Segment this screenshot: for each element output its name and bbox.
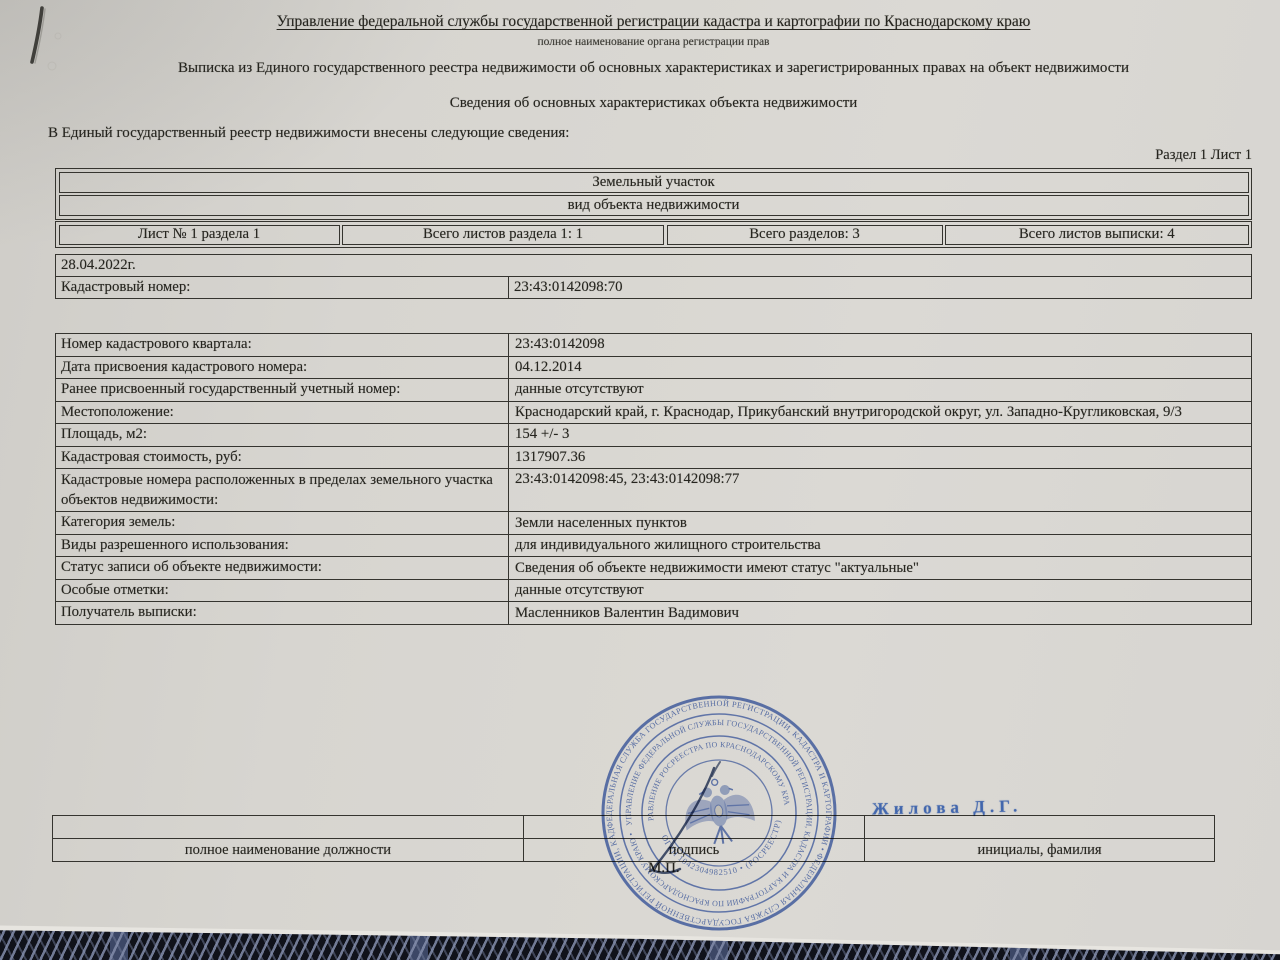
detail-value: 23:43:0142098 — [509, 334, 1251, 356]
section-title: Сведения об основных характеристиках объ… — [55, 95, 1252, 112]
detail-label: Статус записи об объекте недвижимости: — [56, 557, 509, 579]
detail-label: Особые отметки: — [56, 580, 509, 602]
object-type-value: Земельный участок — [59, 172, 1249, 193]
table-row: Получатель выписки:Масленников Валентин … — [56, 601, 1251, 624]
authority-name: Управление федеральной службы государств… — [55, 13, 1252, 31]
table-row: Статус записи об объекте недвижимости:Св… — [56, 556, 1251, 579]
pen-signature-stroke — [600, 740, 800, 900]
detail-label: Ранее присвоенный государственный учетны… — [56, 379, 509, 401]
sheet-info-cell: Всего листов выписки: 4 — [945, 225, 1249, 245]
cadastral-number-label: Кадастровый номер: — [56, 277, 509, 298]
table-row: Местоположение:Краснодарский край, г. Кр… — [56, 401, 1251, 424]
detail-value: для индивидуального жилищного строительс… — [509, 535, 1251, 557]
detail-value: 04.12.2014 — [509, 357, 1251, 379]
sheet-info-cell: Всего листов раздела 1: 1 — [342, 225, 664, 245]
detail-value: Масленников Валентин Вадимович — [509, 602, 1251, 624]
sheet-info-table: Лист № 1 раздела 1 Всего листов раздела … — [55, 221, 1252, 248]
intro-line: В Единый государственный реестр недвижим… — [48, 125, 569, 142]
detail-label: Местоположение: — [56, 402, 509, 424]
object-type-table: Земельный участок вид объекта недвижимос… — [55, 168, 1252, 220]
position-caption: полное наименование должности — [53, 839, 524, 861]
document-photo: Управление федеральной службы государств… — [0, 0, 1280, 960]
detail-label: Категория земель: — [56, 512, 509, 534]
detail-value: данные отсутствуют — [509, 580, 1251, 602]
detail-value: Сведения об объекте недвижимости имеют с… — [509, 557, 1251, 579]
detail-value: данные отсутствуют — [509, 379, 1251, 401]
authority-caption: полное наименование органа регистрации п… — [55, 36, 1252, 48]
detail-label: Кадастровые номера расположенных в преде… — [56, 469, 509, 511]
detail-label: Дата присвоения кадастрового номера: — [56, 357, 509, 379]
table-row: Виды разрешенного использования:для инди… — [56, 534, 1251, 557]
table-row: Ранее присвоенный государственный учетны… — [56, 378, 1251, 401]
table-row: Кадастровая стоимость, руб:1317907.36 — [56, 446, 1251, 469]
section-sheet-label: Раздел 1 Лист 1 — [952, 147, 1252, 164]
table-row: Номер кадастрового квартала:23:43:014209… — [56, 334, 1251, 356]
table-row: Особые отметки:данные отсутствуют — [56, 579, 1251, 602]
document-title: Выписка из Единого государственного реес… — [55, 60, 1252, 77]
name-caption: инициалы, фамилия — [865, 839, 1214, 861]
document-page: Управление федеральной службы государств… — [0, 0, 1280, 960]
cadastral-header-table: 28.04.2022г. Кадастровый номер: 23:43:01… — [55, 254, 1252, 299]
table-row: Категория земель:Земли населенных пункто… — [56, 511, 1251, 534]
cadastral-number-value: 23:43:0142098:70 — [509, 277, 1251, 298]
table-row: Площадь, м2:154 +/- 3 — [56, 423, 1251, 446]
sheet-info-cell: Всего разделов: 3 — [667, 225, 943, 245]
object-type-caption: вид объекта недвижимости — [59, 195, 1249, 216]
detail-value: Земли населенных пунктов — [509, 512, 1251, 534]
detail-value: 154 +/- 3 — [509, 424, 1251, 446]
detail-label: Виды разрешенного использования: — [56, 535, 509, 557]
name-field — [865, 816, 1214, 838]
detail-label: Получатель выписки: — [56, 602, 509, 624]
extract-date: 28.04.2022г. — [56, 255, 136, 276]
position-field — [53, 816, 524, 838]
detail-value: Краснодарский край, г. Краснодар, Прикуб… — [509, 402, 1251, 424]
detail-label: Площадь, м2: — [56, 424, 509, 446]
sheet-info-cell: Лист № 1 раздела 1 — [59, 225, 340, 245]
detail-value: 23:43:0142098:45, 23:43:0142098:77 — [509, 469, 1251, 511]
table-row: Дата присвоения кадастрового номера:04.1… — [56, 356, 1251, 379]
details-table: Номер кадастрового квартала:23:43:014209… — [55, 333, 1252, 625]
detail-label: Кадастровая стоимость, руб: — [56, 447, 509, 469]
detail-label: Номер кадастрового квартала: — [56, 334, 509, 356]
table-row: Кадастровые номера расположенных в преде… — [56, 468, 1251, 511]
detail-value: 1317907.36 — [509, 447, 1251, 469]
